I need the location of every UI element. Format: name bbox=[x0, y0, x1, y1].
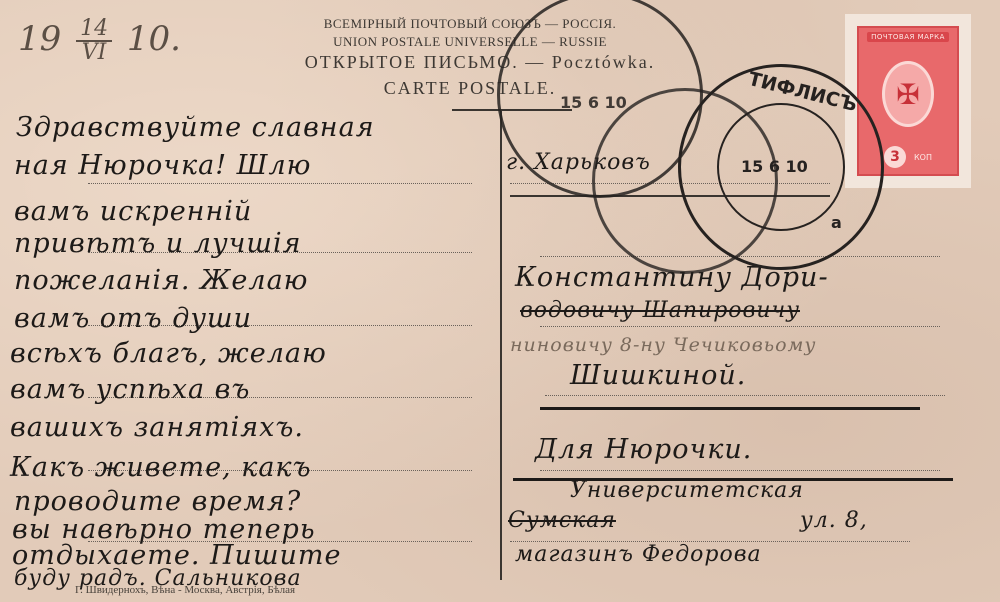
stamp-unit: КОП bbox=[914, 153, 932, 162]
address-street-suffix: ул. 8, bbox=[800, 508, 868, 533]
message-line: Здравствуйте славная bbox=[16, 112, 375, 143]
date-year-suffix: 10. bbox=[127, 19, 181, 59]
double-headed-eagle-icon: ✠ bbox=[882, 61, 934, 127]
address-street-struck: Сумская bbox=[508, 508, 616, 533]
date-fraction: 14 VI bbox=[76, 18, 112, 64]
stamp-label: ПОЧТОВАЯ МАРКА bbox=[867, 32, 949, 42]
message-line: Какъ живете, какъ bbox=[10, 452, 312, 483]
address-struck-line: водовичу Шапировичу bbox=[520, 298, 800, 323]
address-shop: магазинъ Федорова bbox=[515, 542, 762, 567]
address-line bbox=[540, 470, 940, 471]
date-year-prefix: 19 bbox=[18, 19, 61, 59]
message-line: вамъ искренній bbox=[14, 196, 252, 227]
address-pencil-correction: ниновичу 8-ну Чечиковьому bbox=[510, 334, 816, 356]
postmark-left-date: 15 6 10 bbox=[560, 93, 627, 112]
message-line: пожеланія. Желаю bbox=[14, 265, 308, 296]
postmark-right-date: 15 6 10 bbox=[741, 157, 808, 176]
date-month: VI bbox=[76, 42, 112, 64]
address-street: Университетская bbox=[570, 478, 804, 503]
message-line: проводите время? bbox=[14, 486, 301, 517]
message-line: всѣхъ благъ, желаю bbox=[10, 338, 327, 369]
address-line bbox=[545, 395, 945, 396]
postcard: ВСЕМІРНЫЙ ПОЧТОВЫЙ СОЮЗЪ — РОССІЯ. UNION… bbox=[0, 0, 1000, 602]
message-line: вашихъ занятіяхъ. bbox=[10, 412, 304, 443]
address-line bbox=[540, 326, 940, 327]
ruled-line bbox=[88, 183, 472, 184]
postmark-right-letter: а bbox=[831, 213, 842, 232]
date-day: 14 bbox=[76, 18, 112, 42]
handwritten-date: 19 14 VI 10. bbox=[18, 18, 181, 64]
message-line: вамъ отъ души bbox=[14, 303, 252, 334]
address-for: Для Нюрочки. bbox=[535, 434, 752, 465]
message-line: привѣтъ и лучшія bbox=[14, 228, 302, 259]
message-line: вамъ успѣха въ bbox=[10, 374, 250, 405]
center-divider bbox=[500, 110, 502, 580]
publisher-imprint: Г. Швидернохъ, Вѣна - Москва, Австрія, Б… bbox=[75, 584, 295, 596]
surname-underline bbox=[540, 407, 920, 410]
address-surname: Шишкиной. bbox=[570, 360, 746, 391]
postmark-right: ТИФЛИСЪ 15 6 10 а bbox=[678, 64, 884, 270]
message-line: ная Нюрочка! Шлю bbox=[14, 150, 311, 181]
stamp-value: 3 bbox=[884, 146, 906, 168]
